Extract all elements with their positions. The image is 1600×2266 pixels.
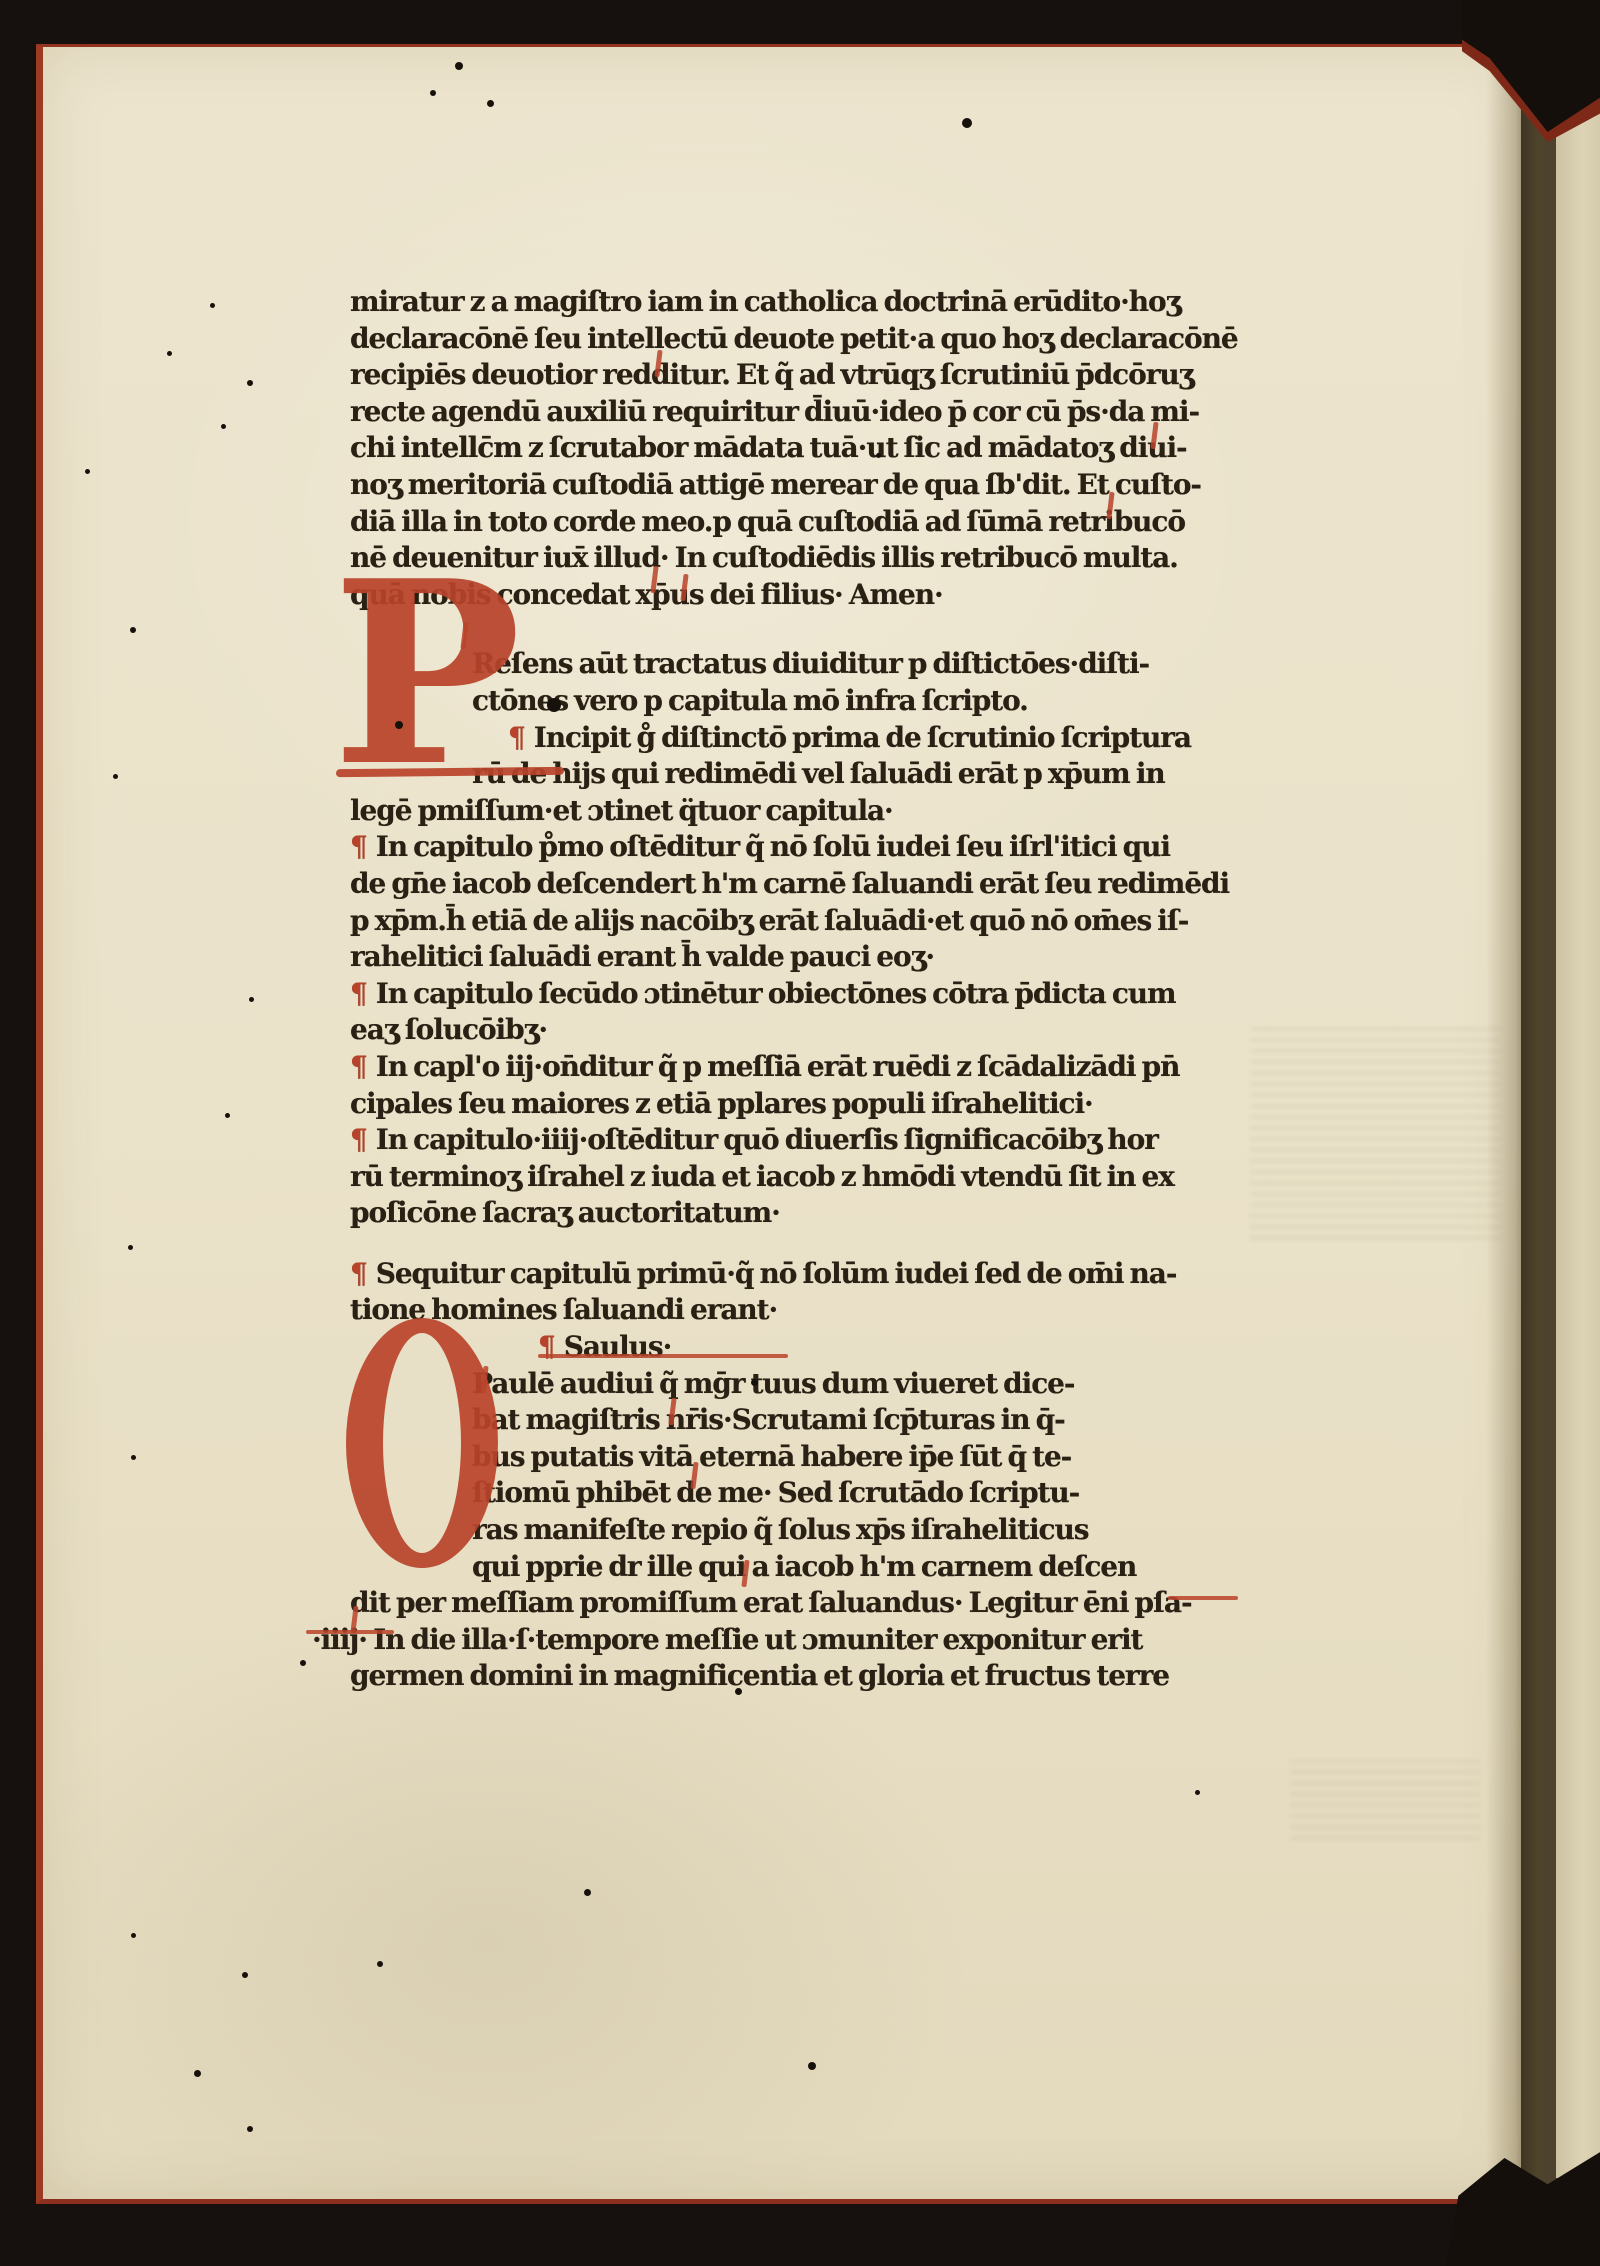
line-text: qui pprie dr ille qui a iacob h'm carnem… xyxy=(472,1550,1136,1583)
ink-spot xyxy=(876,453,881,458)
gutter-shadow xyxy=(1486,44,1558,2196)
ink-spot xyxy=(131,1933,136,1938)
line-text: bat magiſtris nr̄is·Scrutami ſcp̄turas i… xyxy=(472,1403,1065,1436)
text-line: dit per meſſiam promiſſum erat ſaluandus… xyxy=(350,1584,1192,1621)
text-line: noʒ meritoriā cuſtodiā attigē merear de … xyxy=(350,466,1201,503)
line-text: recipiēs deuotior redditur. Et q̃ ad vtr… xyxy=(350,358,1193,391)
ghost-showthrough xyxy=(1290,1760,1480,1840)
line-text: bus putatis vitā eternā habere ip̄e ſūt … xyxy=(472,1440,1071,1473)
rubric-underline xyxy=(1168,1596,1238,1600)
text-line: ras manifeſte repio q̃ ſolus xp̄s iſrahe… xyxy=(472,1511,1088,1548)
ink-spot xyxy=(487,100,494,107)
ink-spot xyxy=(130,627,136,633)
text-line: bat magiſtris nr̄is·Scrutami ſcp̄turas i… xyxy=(472,1401,1065,1438)
text-line: recte agendū auxiliū requiritur d̄iuū·id… xyxy=(350,393,1199,430)
ink-spot xyxy=(247,2126,253,2132)
text-line: eaʒ ſolucōibʒ· xyxy=(350,1011,547,1048)
line-text: germen domini in magnificentia et gloria… xyxy=(350,1659,1169,1692)
text-line: ¶In capitulo p̊mo oſtēditur q̃ nō ſolū i… xyxy=(350,828,1170,865)
ink-spot xyxy=(167,351,172,356)
text-line: chi intellc̄m z ſcrutabor mādata tuā·ut … xyxy=(350,429,1187,466)
text-line: cipales ſeu maiores z etiā pplares popul… xyxy=(350,1085,1093,1122)
ink-spot xyxy=(455,62,463,70)
text-line: bus putatis vitā eternā habere ip̄e ſūt … xyxy=(472,1438,1071,1475)
line-text: noʒ meritoriā cuſtodiā attigē merear de … xyxy=(350,468,1201,501)
ink-spot xyxy=(584,1889,591,1896)
ink-spot xyxy=(85,469,90,474)
text-line: declaracōnē ſeu intellectū deuote petit·… xyxy=(350,320,1238,357)
line-text: miratur z a magiſtro iam in catholica do… xyxy=(350,285,1180,318)
pilcrow-mark: ¶ xyxy=(350,1123,367,1156)
line-text: Paulē audiui q̃ mḡr tuus dum viueret dic… xyxy=(472,1367,1074,1400)
ink-spot xyxy=(210,303,215,308)
text-line: poſicōne ſacraʒ auctoritatum· xyxy=(350,1194,780,1231)
text-line: p xp̄m.h̄ etiā de alijs nacōibʒ erāt ſal… xyxy=(350,902,1188,939)
ink-spot xyxy=(808,2062,816,2070)
illuminated-initial-o: O xyxy=(346,1318,498,1568)
line-text: Incipit g̊ diſtinctō prima de ſcrutinio … xyxy=(534,721,1191,754)
ink-spot xyxy=(242,1972,248,1978)
line-text: declaracōnē ſeu intellectū deuote petit·… xyxy=(350,322,1238,355)
line-text: ·iiij· In die illa·ſ·tempore meſſie ut ɔ… xyxy=(312,1623,1142,1656)
line-text: In capitulo·iiij·oſtēditur quō diuerſis … xyxy=(376,1123,1158,1156)
text-line: rahelitici ſaluādi erant h̄ valde pauci … xyxy=(350,938,934,975)
text-line: recipiēs deuotior redditur. Et q̃ ad vtr… xyxy=(350,356,1193,393)
rubric-underline xyxy=(538,1354,788,1358)
ink-spot xyxy=(194,2070,201,2077)
text-line: rū terminoʒ iſrahel z iuda et iacob z hm… xyxy=(350,1158,1174,1195)
ink-spot xyxy=(128,1245,133,1250)
pilcrow-mark: ¶ xyxy=(350,830,367,863)
text-line: germen domini in magnificentia et gloria… xyxy=(350,1657,1169,1694)
ink-spot xyxy=(221,424,226,429)
text-line: ¶Incipit g̊ diſtinctō prima de ſcrutinio… xyxy=(508,719,1191,756)
ink-spot xyxy=(1195,1790,1200,1795)
ink-spot xyxy=(300,1660,306,1666)
line-text: rahelitici ſaluādi erant h̄ valde pauci … xyxy=(350,940,934,973)
ink-spot xyxy=(735,1688,742,1695)
line-text: rū de hijs qui redimēdi vel ſaluādi erāt… xyxy=(472,757,1165,790)
ink-spot xyxy=(247,380,253,386)
line-text: eaʒ ſolucōibʒ· xyxy=(350,1013,547,1046)
line-text: recte agendū auxiliū requiritur d̄iuū·id… xyxy=(350,395,1199,428)
line-text: In capitulo ſecūdo ɔtinētur obiectōnes c… xyxy=(376,977,1176,1010)
ink-spot xyxy=(113,774,118,779)
line-text: de gn̄e iacob deſcendert h'm carnē ſalua… xyxy=(350,867,1229,900)
ink-spot xyxy=(430,90,436,96)
pilcrow-mark: ¶ xyxy=(350,1257,367,1290)
line-text: Reſens aūt tractatus diuiditur p diſtict… xyxy=(472,647,1149,680)
text-line: Reſens aūt tractatus diuiditur p diſtict… xyxy=(472,645,1149,682)
line-text: In capl'o iij·on̄ditur q̃ p meſſiā erāt … xyxy=(376,1050,1180,1083)
text-line: ¶In capitulo·iiij·oſtēditur quō diuerſis… xyxy=(350,1121,1158,1158)
ink-spot xyxy=(131,1455,136,1460)
text-line: ¶Saulus· xyxy=(538,1328,671,1365)
ink-spot xyxy=(225,1113,230,1118)
line-text: ras manifeſte repio q̃ ſolus xp̄s iſrahe… xyxy=(472,1513,1088,1546)
line-text: chi intellc̄m z ſcrutabor mādata tuā·ut … xyxy=(350,431,1187,464)
text-line: ¶In capitulo ſecūdo ɔtinētur obiectōnes … xyxy=(350,975,1176,1012)
facing-page-edge xyxy=(1556,40,1600,2178)
ink-spot xyxy=(547,698,561,712)
ink-spot xyxy=(395,721,403,729)
ink-spot xyxy=(962,118,972,128)
line-text: dit per meſſiam promiſſum erat ſaluandus… xyxy=(350,1586,1192,1619)
text-line: ¶Sequitur capitulū primū·q̃ nō ſolūm iud… xyxy=(350,1255,1176,1292)
ink-spot xyxy=(377,1961,383,1967)
initial-letter: P xyxy=(332,526,522,822)
ghost-showthrough xyxy=(1250,1020,1500,1240)
text-line: miratur z a magiſtro iam in catholica do… xyxy=(350,283,1180,320)
line-text: p xp̄m.h̄ etiā de alijs nacōibʒ erāt ſal… xyxy=(350,904,1188,937)
line-text: cipales ſeu maiores z etiā pplares popul… xyxy=(350,1087,1093,1120)
ink-spot xyxy=(249,997,254,1002)
pilcrow-mark: ¶ xyxy=(350,1050,367,1083)
text-line: Paulē audiui q̃ mḡr tuus dum viueret dic… xyxy=(472,1365,1074,1402)
text-line: rū de hijs qui redimēdi vel ſaluādi erāt… xyxy=(472,755,1165,792)
text-line: ·iiij· In die illa·ſ·tempore meſſie ut ɔ… xyxy=(312,1621,1142,1658)
scan-background: miratur z a magiſtro iam in catholica do… xyxy=(0,0,1600,2266)
line-text: rū terminoʒ iſrahel z iuda et iacob z hm… xyxy=(350,1160,1174,1193)
line-text: Sequitur capitulū primū·q̃ nō ſolūm iude… xyxy=(376,1257,1177,1290)
text-line: ſtiomū phibēt de me· Sed ſcrutādo ſcript… xyxy=(472,1474,1079,1511)
text-line: ¶In capl'o iij·on̄ditur q̃ p meſſiā erāt… xyxy=(350,1048,1179,1085)
line-text: In capitulo p̊mo oſtēditur q̃ nō ſolū iu… xyxy=(376,830,1170,863)
pilcrow-mark: ¶ xyxy=(350,977,367,1010)
line-text: ſtiomū phibēt de me· Sed ſcrutādo ſcript… xyxy=(472,1476,1079,1509)
line-text: poſicōne ſacraʒ auctoritatum· xyxy=(350,1196,780,1229)
ink-spot xyxy=(751,1379,758,1386)
rubric-underline xyxy=(306,1630,394,1634)
text-line: de gn̄e iacob deſcendert h'm carnē ſalua… xyxy=(350,865,1229,902)
text-line: qui pprie dr ille qui a iacob h'm carnem… xyxy=(472,1548,1136,1585)
